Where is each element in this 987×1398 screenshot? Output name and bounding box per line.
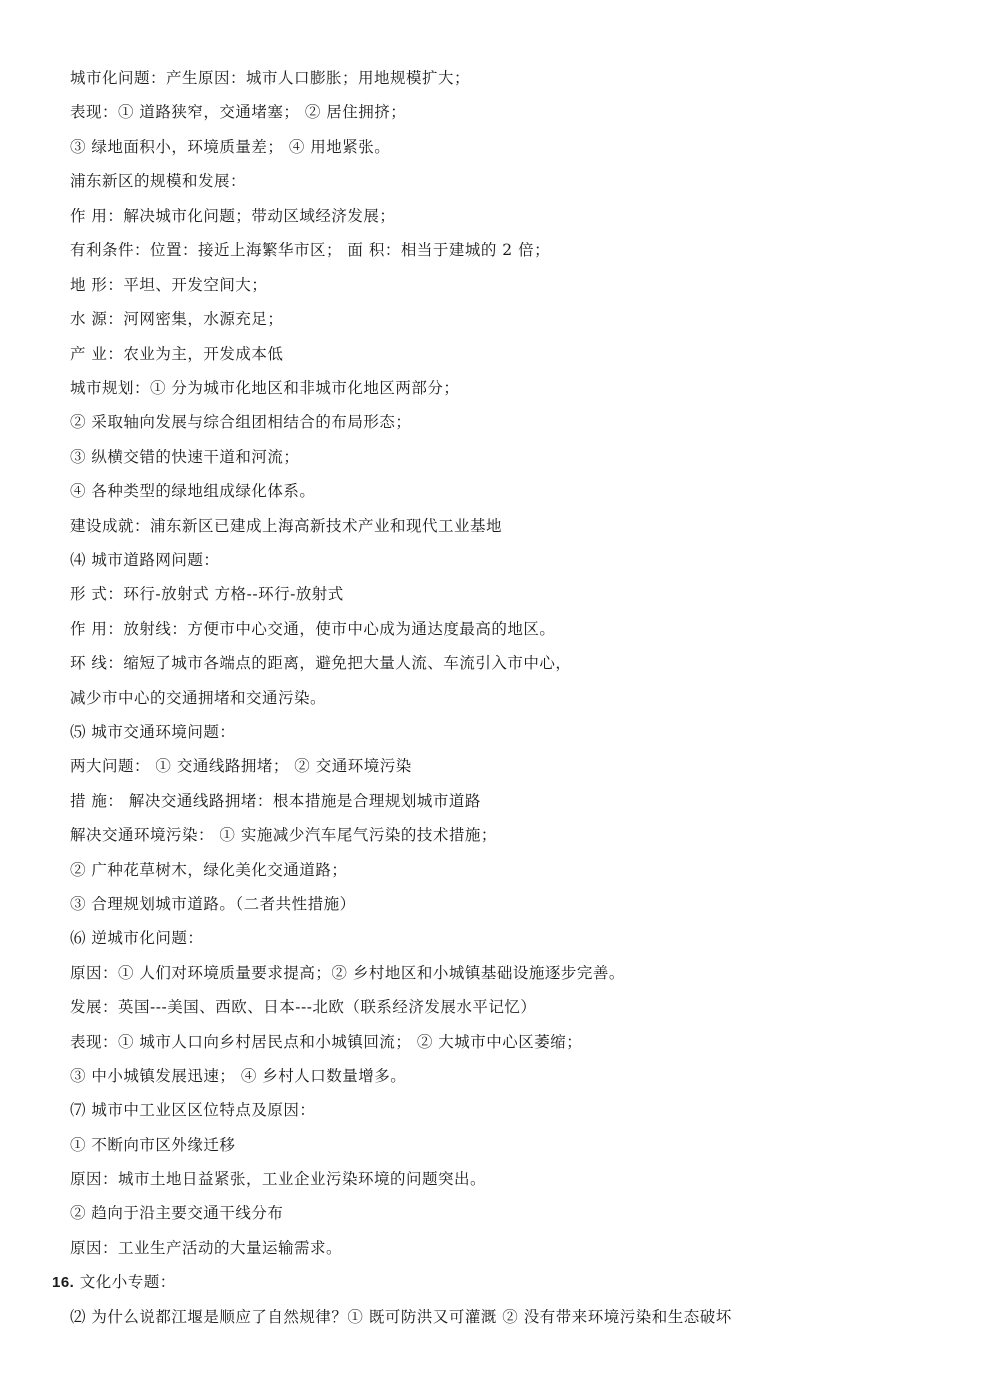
document-page: 城市化问题：产生原因：城市人口膨胀；用地规模扩大； 表现：① 道路狭窄，交通堵塞… [0,0,987,1398]
text-line: 水 源：河网密集，水源充足； [70,307,283,331]
text-line: 作 用：解决城市化问题；带动区域经济发展； [70,204,395,228]
section-heading: ⑸ 城市交通环境问题： [70,720,235,744]
text-line: ① 不断向市区外缘迁移 [70,1133,235,1157]
text-line: 形 式：环行-放射式 方格--环行-放射式 [70,582,344,606]
text-line: 原因：① 人们对环境质量要求提高；② 乡村地区和小城镇基础设施逐步完善。 [70,961,625,985]
text-line: 城市化问题：产生原因：城市人口膨胀；用地规模扩大； [70,66,470,90]
text-line: ③ 纵横交错的快速干道和河流； [70,445,299,469]
text-line: ③ 绿地面积小，环境质量差； ④ 用地紧张。 [70,135,390,159]
section-heading: ⑷ 城市道路网问题： [70,548,219,572]
section-heading: ⑹ 逆城市化问题： [70,926,203,950]
text-line: ⑵ 为什么说都江堰是顺应了自然规律？① 既可防洪又可灌溉 ② 没有带来环境污染和… [70,1305,732,1329]
text-line: 原因：城市土地日益紧张，工业企业污染环境的问题突出。 [70,1167,486,1191]
text-line: ② 趋向于沿主要交通干线分布 [70,1201,283,1225]
section-16-heading: 16. 文化小专题： [52,1270,176,1294]
text-line: 表现：① 道路狭窄，交通堵塞； ② 居住拥挤； [70,100,406,124]
text-line: 环 线：缩短了城市各端点的距离，避免把大量人流、车流引入市中心， [70,651,571,675]
text-line: 作 用：放射线：方便市中心交通，使市中心成为通达度最高的地区。 [70,617,555,641]
text-line: 两大问题： ① 交通线路拥堵； ② 交通环境污染 [70,754,412,778]
text-line: 发展：英国---美国、西欧、日本---北欧（联系经济发展水平记忆） [70,995,536,1019]
text-line: 城市规划：① 分为城市化地区和非城市化地区两部分； [70,376,459,400]
text-line: 有利条件：位置：接近上海繁华市区； 面 积：相当于建城的 2 倍； [70,238,550,262]
section-title: 文化小专题： [80,1273,176,1291]
section-heading: ⑺ 城市中工业区区位特点及原因： [70,1098,315,1122]
text-line: ④ 各种类型的绿地组成绿化体系。 [70,479,315,503]
text-line: ③ 合理规划城市道路。（二者共性措施） [70,892,356,916]
text-line: 建设成就：浦东新区已建成上海高新技术产业和现代工业基地 [70,514,502,538]
text-line: ② 采取轴向发展与综合组团相结合的布局形态； [70,410,411,434]
text-line: 解决交通环境污染： ① 实施减少汽车尾气污染的技术措施； [70,823,497,847]
text-line: ② 广种花草树木，绿化美化交通道路； [70,858,347,882]
text-line: ③ 中小城镇发展迅速； ④ 乡村人口数量增多。 [70,1064,406,1088]
text-line: 产 业：农业为主，开发成本低 [70,342,283,366]
section-heading: 浦东新区的规模和发展： [70,169,246,193]
text-line: 措 施： 解决交通线路拥堵：根本措施是合理规划城市道路 [70,789,481,813]
text-line: 地 形：平坦、开发空间大； [70,273,267,297]
section-number: 16. [52,1274,74,1291]
text-line: 减少市中心的交通拥堵和交通污染。 [70,686,326,710]
text-line: 原因：工业生产活动的大量运输需求。 [70,1236,342,1260]
text-line: 表现：① 城市人口向乡村居民点和小城镇回流； ② 大城市中心区萎缩； [70,1030,582,1054]
